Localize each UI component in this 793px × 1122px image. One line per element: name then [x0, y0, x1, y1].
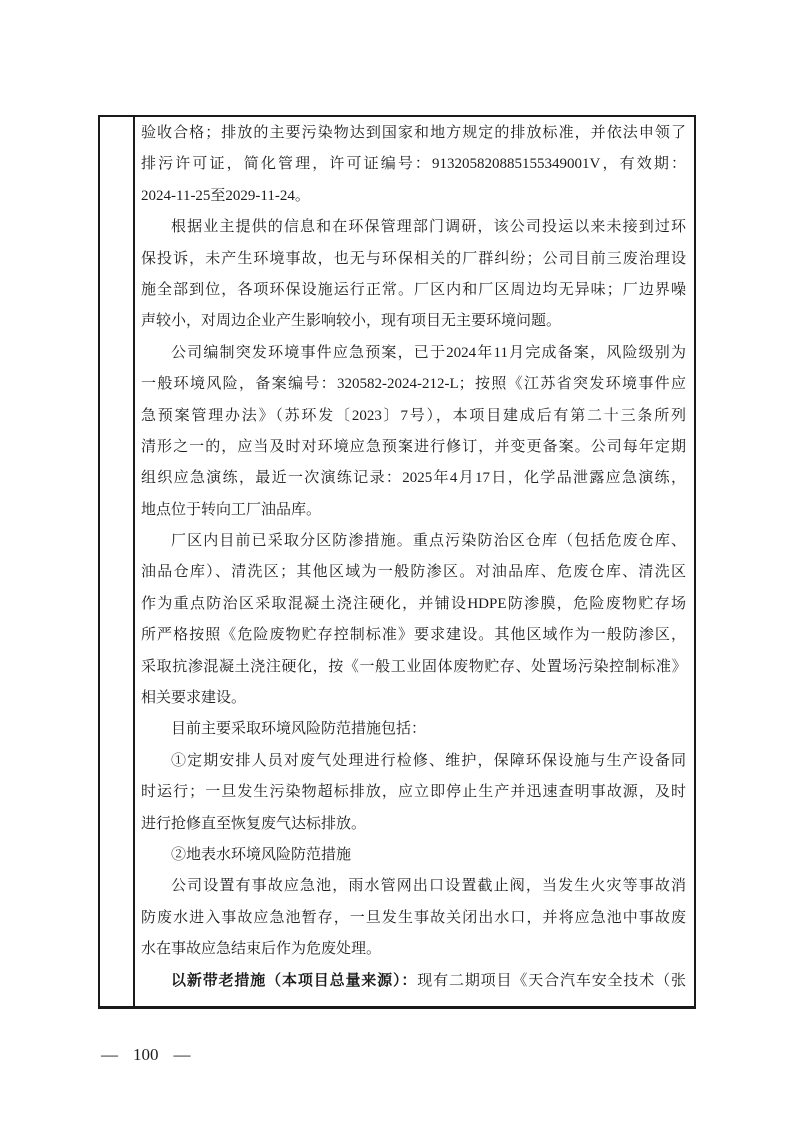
text-line: 声较小，对周边企业产生影响较小，现有项目无主要环境问题。: [141, 306, 686, 337]
text-line: 时运行；一旦发生污染物超标排放，应立即停止生产并迅速查明事故源，及时: [141, 777, 686, 808]
text-segment: 采取抗渗混凝土浇注硬化，按《一般工业固体废物贮存、处置场污染控制标准》: [141, 659, 686, 675]
text-line: 所严格按照《危险废物贮存控制标准》要求建设。其他区域作为一般防渗区，: [141, 620, 686, 651]
text-segment: 作为重点防治区采取混凝土浇注硬化，并铺设HDPE防渗膜，危险废物贮存场: [141, 596, 686, 612]
text-line: 作为重点防治区采取混凝土浇注硬化，并铺设HDPE防渗膜，危险废物贮存场: [141, 589, 686, 620]
text-line: 地点位于转向工厂油品库。: [141, 495, 686, 526]
text-segment: 时运行；一旦发生污染物超标排放，应立即停止生产并迅速查明事故源，及时: [141, 784, 686, 800]
text-segment: 排污许可证，简化管理，许可证编号：913205820885155349001V，…: [141, 156, 686, 172]
text-line: 采取抗渗混凝土浇注硬化，按《一般工业固体废物贮存、处置场污染控制标准》: [141, 652, 686, 683]
text-line: 相关要求建设。: [141, 683, 686, 714]
text-line: 排污许可证，简化管理，许可证编号：913205820885155349001V，…: [141, 149, 686, 180]
text-segment: ①定期安排人员对废气处理进行检修、维护，保障环保设施与生产设备同: [171, 753, 686, 769]
text-line: 进行抢修直至恢复废气达标排放。: [141, 809, 686, 840]
text-line: 油品仓库）、清洗区；其他区域为一般防渗区。对油品库、危废仓库、清洗区: [141, 557, 686, 588]
text-segment: 现有二期项目《天合汽车安全技术（张: [417, 973, 686, 989]
text-segment: 所严格按照《危险废物贮存控制标准》要求建设。其他区域作为一般防渗区，: [141, 627, 686, 643]
text-segment: 一般环境风险，备案编号：320582-2024-212-L；按照《江苏省突发环境…: [141, 376, 686, 392]
text-segment: 急预案管理办法》（苏环发〔2023〕7号），本项目建成后有第二十三条所列: [141, 408, 686, 424]
text-line: 以新带老措施（本项目总量来源）：现有二期项目《天合汽车安全技术（张: [141, 966, 686, 997]
page-footer: — 100 —: [101, 1045, 191, 1065]
text-segment: 相关要求建设。: [141, 690, 246, 706]
text-line: 根据业主提供的信息和在环保管理部门调研，该公司投运以来未接到过环: [141, 212, 686, 243]
text-line: 组织应急演练，最近一次演练记录：2025年4月17日，化学品泄露应急演练，: [141, 463, 686, 494]
text-line: 2024-11-25至2029-11-24。: [141, 181, 686, 212]
document-body: 验收合格；排放的主要污染物达到国家和地方规定的排放标准，并依法申领了排污许可证，…: [135, 117, 694, 1006]
text-line: 目前主要采取环境风险防范措施包括：: [141, 714, 686, 745]
text-segment: 施全部到位，各项环保设施运行正常。厂区内和厂区周边均无异味；厂边界噪: [141, 282, 686, 298]
text-segment: 厂区内目前已采取分区防渗措施。重点污染防治区仓库（包括危废仓库、: [171, 533, 686, 549]
text-segment: 验收合格；排放的主要污染物达到国家和地方规定的排放标准，并依法申领了: [141, 125, 686, 141]
text-line: 水在事故应急结束后作为危废处理。: [141, 934, 686, 965]
page-number: 100: [133, 1045, 159, 1065]
text-line: 保投诉，未产生环境事故，也无与环保相关的厂群纠纷；公司目前三废治理设: [141, 244, 686, 275]
text-segment: 地点位于转向工厂油品库。: [141, 502, 321, 518]
text-segment: 保投诉，未产生环境事故，也无与环保相关的厂群纠纷；公司目前三废治理设: [141, 251, 686, 267]
document-page: 验收合格；排放的主要污染物达到国家和地方规定的排放标准，并依法申领了排污许可证，…: [0, 0, 793, 1122]
text-line: 厂区内目前已采取分区防渗措施。重点污染防治区仓库（包括危废仓库、: [141, 526, 686, 557]
table-stub-cell: [100, 117, 135, 1006]
text-line: 防废水进入事故应急池暂存，一旦发生事故关闭出水口，并将应急池中事故废: [141, 903, 686, 934]
text-line: 验收合格；排放的主要污染物达到国家和地方规定的排放标准，并依法申领了: [141, 118, 686, 149]
text-segment: 进行抢修直至恢复废气达标排放。: [141, 816, 366, 832]
text-segment: 水在事故应急结束后作为危废处理。: [141, 941, 381, 957]
text-segment: 声较小，对周边企业产生影响较小，现有项目无主要环境问题。: [141, 313, 561, 329]
bold-text-segment: 以新带老措施（本项目总量来源）：: [171, 973, 417, 989]
text-segment: 根据业主提供的信息和在环保管理部门调研，该公司投运以来未接到过环: [171, 219, 686, 235]
text-segment: 2024-11-25至2029-11-24。: [141, 188, 310, 204]
footer-dash-left: —: [101, 1045, 118, 1065]
text-segment: 清形之一的，应当及时对环境应急预案进行修订，并变更备案。公司每年定期: [141, 439, 686, 455]
footer-dash-right: —: [174, 1045, 191, 1065]
text-line: ①定期安排人员对废气处理进行检修、维护，保障环保设施与生产设备同: [141, 746, 686, 777]
text-line: ②地表水环境风险防范措施: [141, 840, 686, 871]
text-segment: 油品仓库）、清洗区；其他区域为一般防渗区。对油品库、危废仓库、清洗区: [141, 564, 686, 580]
content-table: 验收合格；排放的主要污染物达到国家和地方规定的排放标准，并依法申领了排污许可证，…: [98, 115, 696, 1009]
text-line: 清形之一的，应当及时对环境应急预案进行修订，并变更备案。公司每年定期: [141, 432, 686, 463]
text-line: 公司编制突发环境事件应急预案，已于2024年11月完成备案，风险级别为: [141, 338, 686, 369]
text-line: 施全部到位，各项环保设施运行正常。厂区内和厂区周边均无异味；厂边界噪: [141, 275, 686, 306]
text-segment: 公司设置有事故应急池，雨水管网出口设置截止阀，当发生火灾等事故消: [171, 878, 686, 894]
text-segment: 目前主要采取环境风险防范措施包括：: [171, 721, 426, 737]
text-segment: 公司编制突发环境事件应急预案，已于2024年11月完成备案，风险级别为: [171, 345, 686, 361]
text-line: 公司设置有事故应急池，雨水管网出口设置截止阀，当发生火灾等事故消: [141, 871, 686, 902]
text-segment: ②地表水环境风险防范措施: [171, 847, 351, 863]
text-line: 急预案管理办法》（苏环发〔2023〕7号），本项目建成后有第二十三条所列: [141, 401, 686, 432]
text-line: 一般环境风险，备案编号：320582-2024-212-L；按照《江苏省突发环境…: [141, 369, 686, 400]
text-segment: 防废水进入事故应急池暂存，一旦发生事故关闭出水口，并将应急池中事故废: [141, 910, 686, 926]
text-segment: 组织应急演练，最近一次演练记录：2025年4月17日，化学品泄露应急演练，: [141, 470, 686, 486]
